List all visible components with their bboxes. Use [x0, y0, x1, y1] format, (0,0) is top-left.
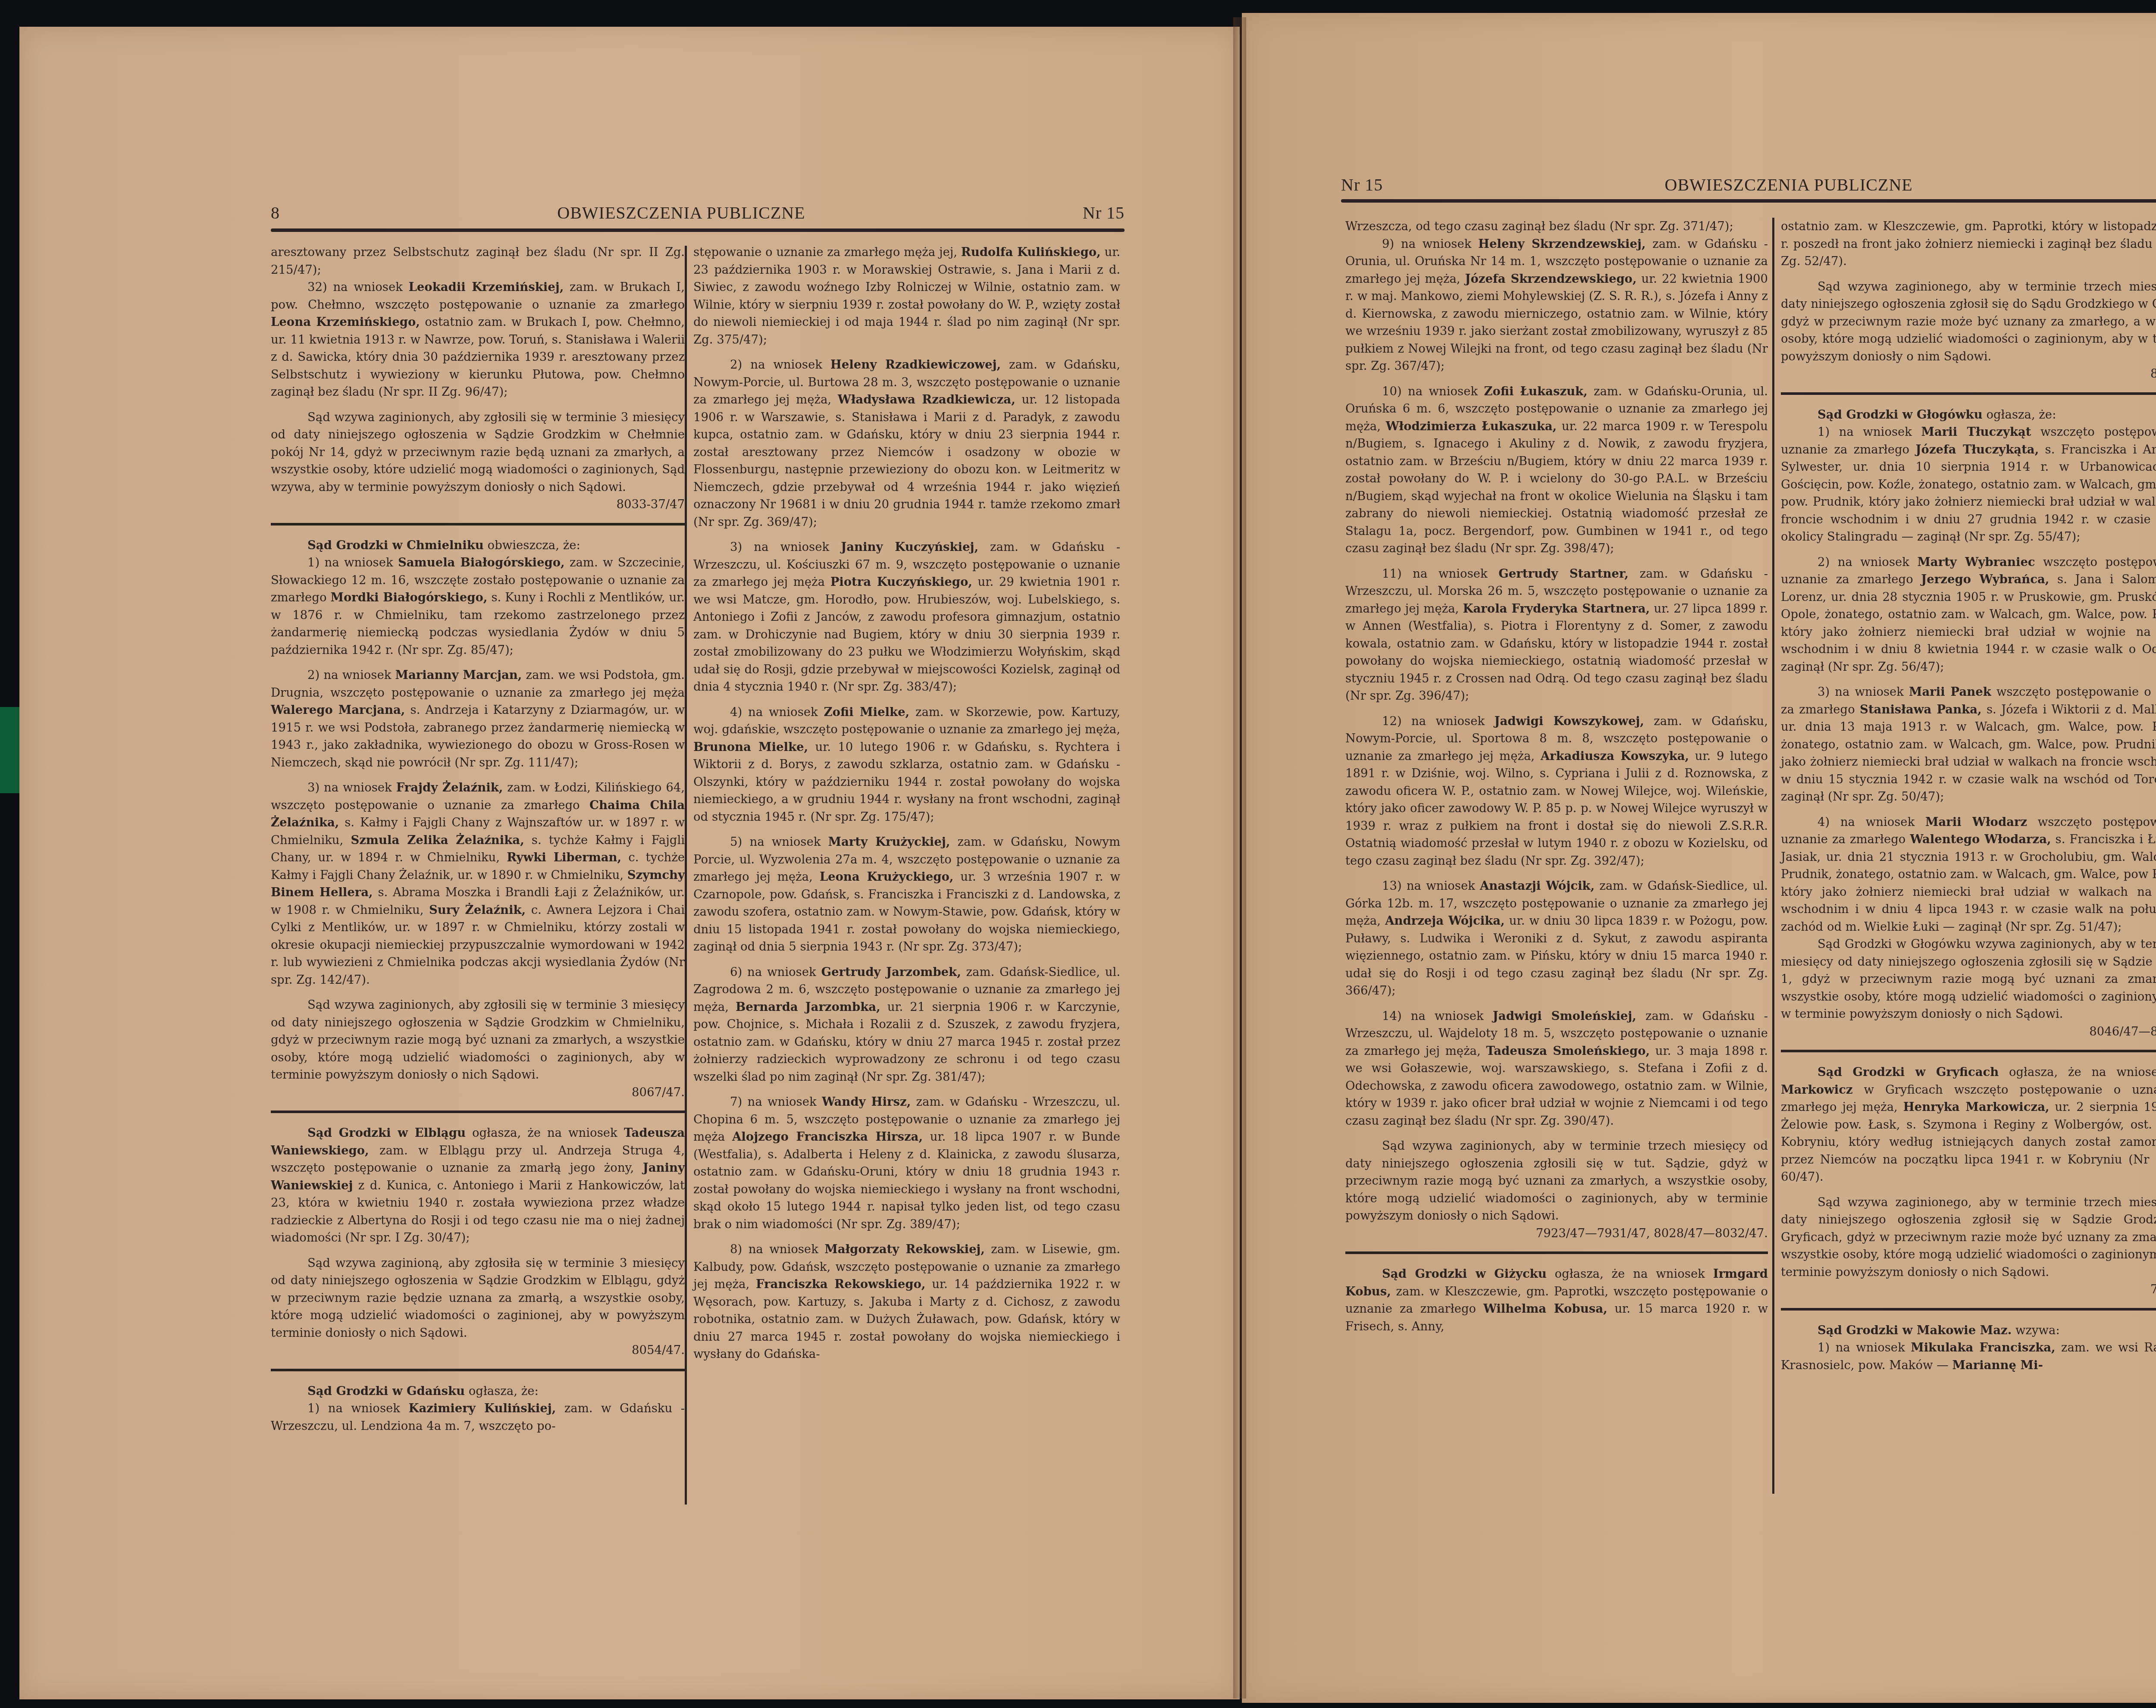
notice-paragraph: Sąd wzywa zaginioną, aby zgłosiła się w …	[271, 1254, 685, 1342]
notice-separator	[1781, 1308, 2156, 1311]
person-name: Tadeusza Smoleńskiego,	[1486, 1044, 1650, 1058]
notice-paragraph: 1) na wniosek Marii Tłuczykąt wszczęto p…	[1781, 423, 2156, 546]
person-name: Jadwigi Kowszykowej,	[1494, 714, 1644, 728]
notice-separator	[271, 523, 685, 526]
person-name: Heleny Rzadkiewiczowej,	[830, 358, 1001, 372]
article-column: ostatnio zam. w Kleszczewie, gm. Paprotk…	[1781, 218, 2156, 1374]
notice-paragraph: Sąd wzywa zaginionego, aby w terminie tr…	[1781, 1194, 2156, 1281]
person-name: Włodzimierza Łukaszuka,	[1386, 419, 1557, 433]
person-name: Andrzeja Wójcika,	[1385, 914, 1505, 928]
notice-paragraph: Sąd Grodzki w Makowie Maz. wzywa:	[1781, 1322, 2156, 1339]
notice-paragraph: 6) na wniosek Gertrudy Jarzombek, zam. G…	[693, 963, 1120, 1086]
notice-paragraph: Sąd wzywa zaginionych, aby w terminie tr…	[1345, 1137, 1768, 1225]
notice-paragraph: Sąd wzywa zaginionego, aby w terminie tr…	[1781, 278, 2156, 366]
notice-paragraph: 9) na wniosek Heleny Skrzendzewskiej, za…	[1345, 235, 1768, 375]
column-divider	[685, 246, 687, 1505]
person-name: Marii Panek	[1909, 685, 1991, 699]
person-name: Franciszka Rekowskiego,	[756, 1277, 925, 1291]
person-name: Sąd Grodzki w Głogówku	[1818, 408, 1983, 422]
person-name: Leona Krzemińskiego,	[271, 315, 420, 329]
notice-separator	[1781, 392, 2156, 395]
notice-paragraph: 2) na wniosek Heleny Rzadkiewiczowej, za…	[693, 356, 1120, 531]
person-name: Jadwigi Smoleńskiej,	[1493, 1009, 1636, 1023]
person-name: Marianny Marcjan,	[395, 668, 522, 682]
notice-paragraph: stępowanie o uznanie za zmarłego męża je…	[693, 244, 1120, 348]
person-name: Walentego Włodarza,	[1910, 832, 2051, 846]
notice-paragraph: 3) na wniosek Janiny Kuczyńskiej, zam. w…	[693, 538, 1120, 696]
notice-reference: 8033-37/47	[271, 496, 685, 513]
issue-number: Nr 15	[1083, 203, 1125, 223]
notice-reference: 8046/47—8049/47.	[1781, 1023, 2156, 1041]
person-name: Gertrudy Startner,	[1498, 567, 1628, 581]
person-name: Mariannę Mi-	[1952, 1358, 2043, 1372]
notice-separator	[1781, 1050, 2156, 1052]
notice-paragraph: 7) na wniosek Wandy Hirsz, zam. w Gdańsk…	[693, 1093, 1120, 1233]
notice-paragraph: Sąd Grodzki w Głogówku ogłasza, że:	[1781, 406, 2156, 424]
person-name: Kazimiery Kulińskiej,	[408, 1401, 556, 1415]
notice-paragraph: 12) na wniosek Jadwigi Kowszykowej, zam.…	[1345, 713, 1768, 870]
person-name: Anastazji Wójcik,	[1480, 879, 1595, 893]
person-name: Walerego Marcjana,	[271, 703, 405, 717]
column-divider	[1772, 218, 1774, 1494]
notice-paragraph: 8) na wniosek Małgorzaty Rekowskiej, zam…	[693, 1241, 1120, 1363]
person-name: Marty Wybraniec	[1917, 555, 2035, 569]
person-name: Gertrudy Jarzombek,	[821, 965, 961, 979]
left-running-head: 8 OBWIESZCZENIA PUBLICZNE Nr 15	[271, 203, 1125, 223]
publication-title: OBWIESZCZENIA PUBLICZNE	[1665, 175, 1913, 195]
notice-paragraph: Wrzeszcza, od tego czasu zaginął bez śla…	[1345, 218, 1768, 235]
notice-paragraph: Sąd wzywa zaginionych, aby zgłosili się …	[271, 996, 685, 1084]
person-name: Jerzego Wybrańca,	[1921, 572, 2049, 586]
notice-paragraph: 2) na wniosek Marianny Marcjan, zam. we …	[271, 666, 685, 771]
publication-title: OBWIESZCZENIA PUBLICZNE	[557, 203, 805, 223]
notice-paragraph: 3) na wniosek Marii Panek wszczęto postę…	[1781, 683, 2156, 806]
notice-paragraph: 32) na wniosek Leokadii Krzemińskiej, za…	[271, 278, 685, 401]
article-column: stępowanie o uznanie za zmarłego męża je…	[693, 244, 1120, 1363]
person-name: Sąd Grodzki w Makowie Maz.	[1818, 1323, 2012, 1337]
notice-paragraph: Sąd Grodzki w Głogówku wzywa zaginionych…	[1781, 935, 2156, 1023]
notice-paragraph: 2) na wniosek Marty Wybraniec wszczęto p…	[1781, 554, 2156, 676]
notice-separator	[1345, 1251, 1768, 1254]
person-name: Zofii Mielke,	[824, 705, 910, 719]
person-name: Heleny Skrzendzewskiej,	[1478, 237, 1645, 251]
notice-paragraph: Sąd Grodzki w Gryficach ogłasza, że na w…	[1781, 1064, 2156, 1186]
person-name: Józefa Tłuczykąta,	[1916, 443, 2039, 457]
person-name: Józefa Skrzendzewskiego,	[1465, 272, 1637, 286]
person-name: Stanisława Panka,	[1860, 703, 1982, 716]
person-name: Mikulaka Franciszka,	[1911, 1341, 2055, 1355]
notice-paragraph: 14) na wniosek Jadwigi Smoleńskiej, zam.…	[1345, 1007, 1768, 1130]
right-running-head: Nr 15 OBWIESZCZENIA PUBLICZNE 9	[1341, 175, 2156, 195]
person-name: Piotra Kuczyńskiego,	[830, 575, 972, 589]
notice-reference: 8054/47.	[271, 1342, 685, 1359]
article-column: aresztowany przez Selbstschutz zaginął b…	[271, 244, 685, 1435]
person-name: Sury Żelaźnik,	[429, 903, 526, 917]
article-column: Wrzeszcza, od tego czasu zaginął bez śla…	[1345, 218, 1768, 1335]
person-name: Frajdy Żelaźnik,	[396, 781, 503, 795]
header-rule	[1341, 199, 2156, 203]
person-name: Leokadii Krzemińskiej,	[409, 280, 564, 294]
notice-paragraph: aresztowany przez Selbstschutz zaginął b…	[271, 244, 685, 278]
page-number: 8	[271, 203, 280, 223]
notice-paragraph: Sąd Grodzki w Chmielniku obwieszcza, że:	[271, 537, 685, 554]
person-name: Władysława Rzadkiewicza,	[838, 393, 1015, 407]
notice-paragraph: Sąd Grodzki w Gdańsku ogłasza, że:	[271, 1383, 685, 1400]
person-name: Sąd Grodzki w Chmielniku	[307, 538, 484, 552]
notice-paragraph: 11) na wniosek Gertrudy Startner, zam. w…	[1345, 565, 1768, 705]
notice-paragraph: 1) na wniosek Mikulaka Franciszka, zam. …	[1781, 1339, 2156, 1374]
person-name: Brunona Mielke,	[693, 740, 808, 754]
person-name: Sąd Grodzki w Elblągu	[307, 1126, 466, 1140]
person-name: Małgorzaty Rekowskiej,	[824, 1242, 985, 1256]
person-name: Szmula Zelika Żelaźnika,	[351, 833, 524, 847]
notice-paragraph: Sąd Grodzki w Elblągu ogłasza, że na wni…	[271, 1124, 685, 1247]
issue-number: Nr 15	[1341, 175, 1383, 195]
person-name: Karola Fryderyka Startnera,	[1463, 602, 1650, 616]
person-name: Leona Krużyckiego,	[820, 870, 954, 884]
notice-paragraph: 13) na wniosek Anastazji Wójcik, zam. w …	[1345, 877, 1768, 1000]
person-name: Bernarda Jarzombka,	[736, 1000, 881, 1014]
notice-paragraph: Sąd wzywa zaginionych, aby zgłosili się …	[271, 409, 685, 496]
person-name: Zofii Łukaszuk,	[1484, 385, 1588, 398]
person-name: Rywki Liberman,	[507, 851, 621, 864]
notice-reference: 7923/47—7931/47, 8028/47—8032/47.	[1345, 1225, 1768, 1242]
notice-separator	[271, 1111, 685, 1113]
notice-paragraph: 3) na wniosek Frajdy Żelaźnik, zam. w Ło…	[271, 779, 685, 989]
notice-paragraph: 10) na wniosek Zofii Łukaszuk, zam. w Gd…	[1345, 383, 1768, 557]
person-name: Mordki Białogórskiego,	[330, 591, 487, 604]
person-name: Rudolfa Kulińskiego,	[961, 245, 1101, 259]
person-name: Alojzego Franciszka Hirsza,	[732, 1130, 923, 1144]
notice-paragraph: ostatnio zam. w Kleszczewie, gm. Paprotk…	[1781, 218, 2156, 270]
notice-separator	[271, 1369, 685, 1371]
person-name: Sąd Grodzki w Gdańsku	[307, 1384, 465, 1398]
notice-paragraph: 5) na wniosek Marty Krużyckiej, zam. w G…	[693, 833, 1120, 956]
person-name: Arkadiusza Kowszyka,	[1541, 749, 1689, 763]
notice-paragraph: 1) na wniosek Samuela Białogórskiego, za…	[271, 554, 685, 659]
person-name: Wandy Hirsz,	[822, 1095, 911, 1109]
notice-paragraph: 1) na wniosek Kazimiery Kulińskiej, zam.…	[271, 1400, 685, 1435]
notice-reference: 7939/47.	[1781, 1281, 2156, 1298]
person-name: Marii Tłuczykąt	[1921, 425, 2031, 439]
person-name: Marty Krużyckiej,	[828, 835, 950, 849]
person-name: Marii Włodarz	[1925, 815, 2027, 829]
notice-paragraph: 4) na wniosek Zofii Mielke, zam. w Skorz…	[693, 704, 1120, 826]
person-name: Samuela Białogórskiego,	[398, 556, 565, 569]
header-rule	[271, 228, 1125, 232]
notice-paragraph: Sąd Grodzki w Giżycku ogłasza, że na wni…	[1345, 1265, 1768, 1335]
person-name: Wilhelma Kobusa,	[1483, 1302, 1608, 1316]
notice-reference: 8067/47.	[271, 1084, 685, 1101]
notice-paragraph: 4) na wniosek Marii Włodarz wszczęto pos…	[1781, 813, 2156, 936]
person-name: Sąd Grodzki w Giżycku	[1382, 1267, 1547, 1281]
person-name: Sąd Grodzki w Gryficach	[1818, 1065, 1999, 1079]
person-name: Henryka Markowicza,	[1903, 1100, 2049, 1114]
notice-reference: 8065/47.	[1781, 365, 2156, 383]
book-spine	[1233, 17, 1246, 1699]
person-name: Janiny Kuczyńskiej,	[841, 540, 978, 554]
